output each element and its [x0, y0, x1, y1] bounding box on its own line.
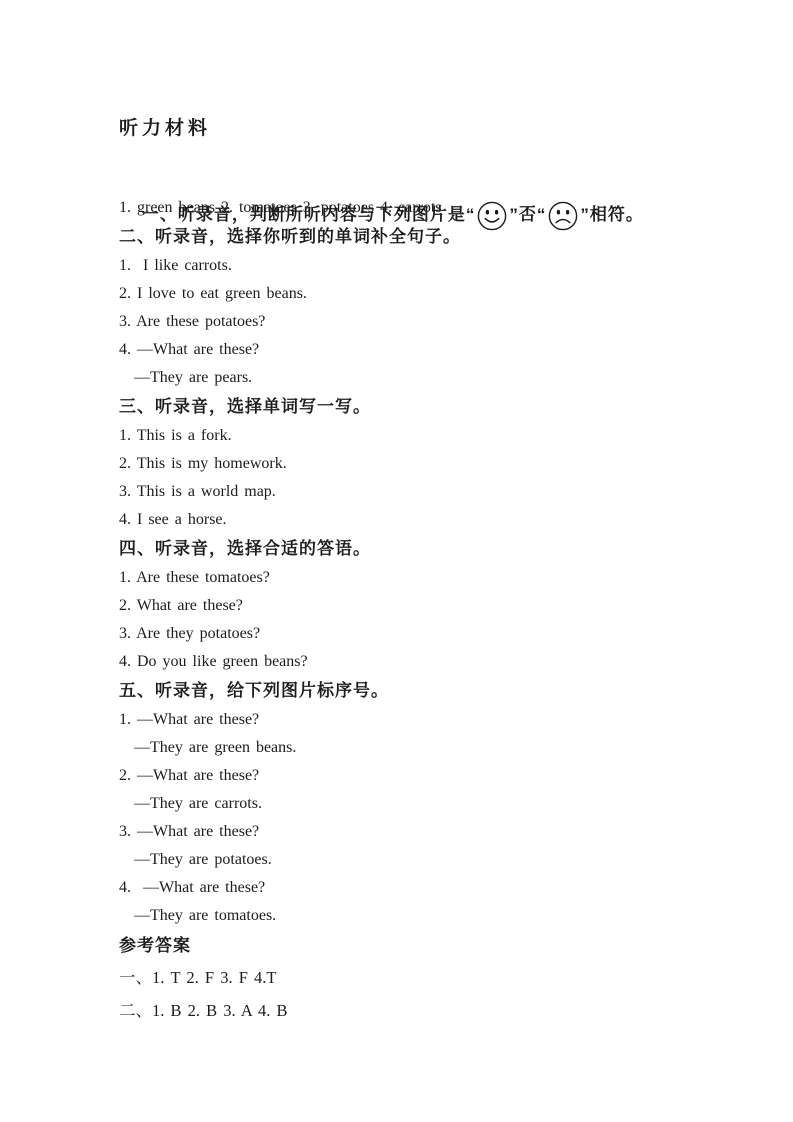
section4-heading: 四、听录音，选择合适的答语。: [119, 534, 753, 564]
section1-heading-text-after: ”相符。: [580, 205, 644, 224]
section5-heading: 五、听录音，给下列图片标序号。: [119, 676, 753, 706]
section5-line-4-reply: —They are tomatoes.: [119, 902, 753, 930]
document-page: 听力材料 一、听录音，判断所听内容与下列图片是“”否“”相符。 1. green…: [0, 0, 793, 1122]
section1-heading-text-between: ”否“: [509, 205, 546, 224]
section5-line-3: 3. —What are these?: [119, 818, 753, 846]
answers-heading: 参考答案: [119, 930, 753, 961]
section5-line-1: 1. —What are these?: [119, 706, 753, 734]
section5-line-3-reply: —They are potatoes.: [119, 846, 753, 874]
section3-line-4: 4. I see a horse.: [119, 506, 753, 534]
section2-line-4: 4. —What are these?: [119, 336, 753, 364]
section1-items-line: 1. green beans 2. tomatoes 3. potatoes 4…: [119, 194, 753, 222]
section4-line-1: 1. Are these tomatoes?: [119, 564, 753, 592]
section5-line-2-reply: —They are carrots.: [119, 790, 753, 818]
answers-line-2: 二、1. B 2. B 3. A 4. B: [119, 994, 753, 1027]
section2-line-3: 3. Are these potatoes?: [119, 308, 753, 336]
section4-line-4: 4. Do you like green beans?: [119, 648, 753, 676]
section3-line-2: 2. This is my homework.: [119, 450, 753, 478]
section1-heading: 一、听录音，判断所听内容与下列图片是“”否“”相符。: [119, 152, 753, 194]
sad-face-icon: [547, 200, 579, 232]
section2-line-1: 1. I like carrots.: [119, 252, 753, 280]
section3-line-1: 1. This is a fork.: [119, 422, 753, 450]
section5-line-2: 2. —What are these?: [119, 762, 753, 790]
section2-heading: 二、听录音，选择你听到的单词补全句子。: [119, 222, 753, 252]
section2-line-4-reply: —They are pears.: [119, 364, 753, 392]
section4-line-2: 2. What are these?: [119, 592, 753, 620]
page-title: 听力材料: [119, 118, 753, 140]
section3-line-3: 3. This is a world map.: [119, 478, 753, 506]
section4-line-3: 3. Are they potatoes?: [119, 620, 753, 648]
section3-heading: 三、听录音，选择单词写一写。: [119, 392, 753, 422]
answers-line-1: 一、1. T 2. F 3. F 4.T: [119, 961, 753, 994]
section5-line-1-reply: —They are green beans.: [119, 734, 753, 762]
section5-line-4: 4. —What are these?: [119, 874, 753, 902]
smiley-face-icon: [476, 200, 508, 232]
section2-line-2: 2. I love to eat green beans.: [119, 280, 753, 308]
